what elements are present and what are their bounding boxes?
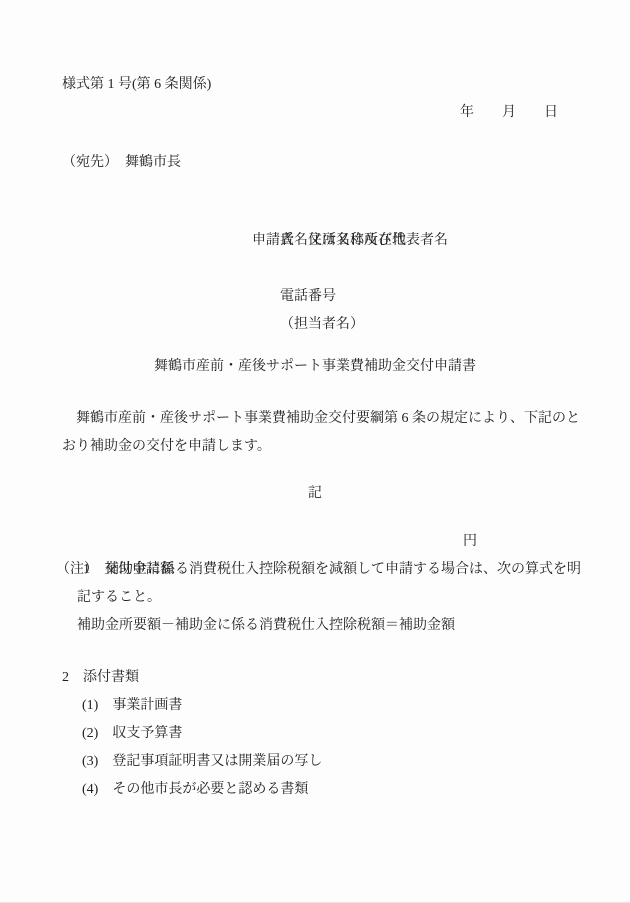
document-page: 様式第 1 号(第 6 条関係) 年 月 日 （宛先） 舞鶴市長 申請者住所又は… [0, 0, 630, 903]
spacer [62, 127, 568, 149]
date-line: 年 月 日 [62, 99, 568, 127]
document-content: 様式第 1 号(第 6 条関係) 年 月 日 （宛先） 舞鶴市長 申請者住所又は… [62, 71, 568, 804]
applicant-phone-label: 電話番号 [224, 283, 568, 311]
amount-unit-label: 円 [463, 528, 477, 556]
attachment-item: (3) 登記事項証明書又は開業届の写し [62, 748, 568, 776]
application-amount-row: 1 交付申請額 円 [62, 528, 568, 556]
applicant-contact-label: （担当者名） [224, 311, 568, 339]
attachment-item: (2) 収支予算書 [62, 720, 568, 748]
spacer [62, 461, 568, 480]
attachments-heading: 2 添付書類 [62, 664, 568, 692]
document-title: 舞鶴市産前・産後サポート事業費補助金交付申請書 [62, 353, 568, 381]
addressee-line: （宛先） 舞鶴市長 [62, 149, 568, 177]
body-paragraph-line-1: 舞鶴市産前・産後サポート事業費補助金交付要綱第 6 条の規定により、下記のと [62, 405, 568, 433]
applicant-address-row: 申請者住所又は所在地 [224, 199, 568, 227]
note-line-2: 記すること。 [62, 584, 568, 612]
form-number: 様式第 1 号(第 6 条関係) [62, 71, 568, 99]
formula-line: 補助金所要額－補助金に係る消費税仕入控除税額＝補助金額 [62, 612, 568, 640]
attachment-item: (1) 事業計画書 [62, 692, 568, 720]
applicant-blank-row [224, 255, 568, 283]
spacer [62, 177, 568, 199]
spacer [62, 381, 568, 405]
spacer [62, 508, 568, 528]
application-amount-heading: 1 交付申請額 [83, 562, 174, 577]
record-marker: 記 [62, 480, 568, 508]
attachment-item: (4) その他市長が必要と認める書類 [62, 776, 568, 804]
spacer [62, 640, 568, 664]
spacer [62, 339, 568, 353]
body-paragraph-line-2: おり補助金の交付を申請します。 [62, 433, 568, 461]
applicant-block: 申請者住所又は所在地 氏名又は名称及び代表者名 電話番号 （担当者名） [62, 199, 568, 339]
